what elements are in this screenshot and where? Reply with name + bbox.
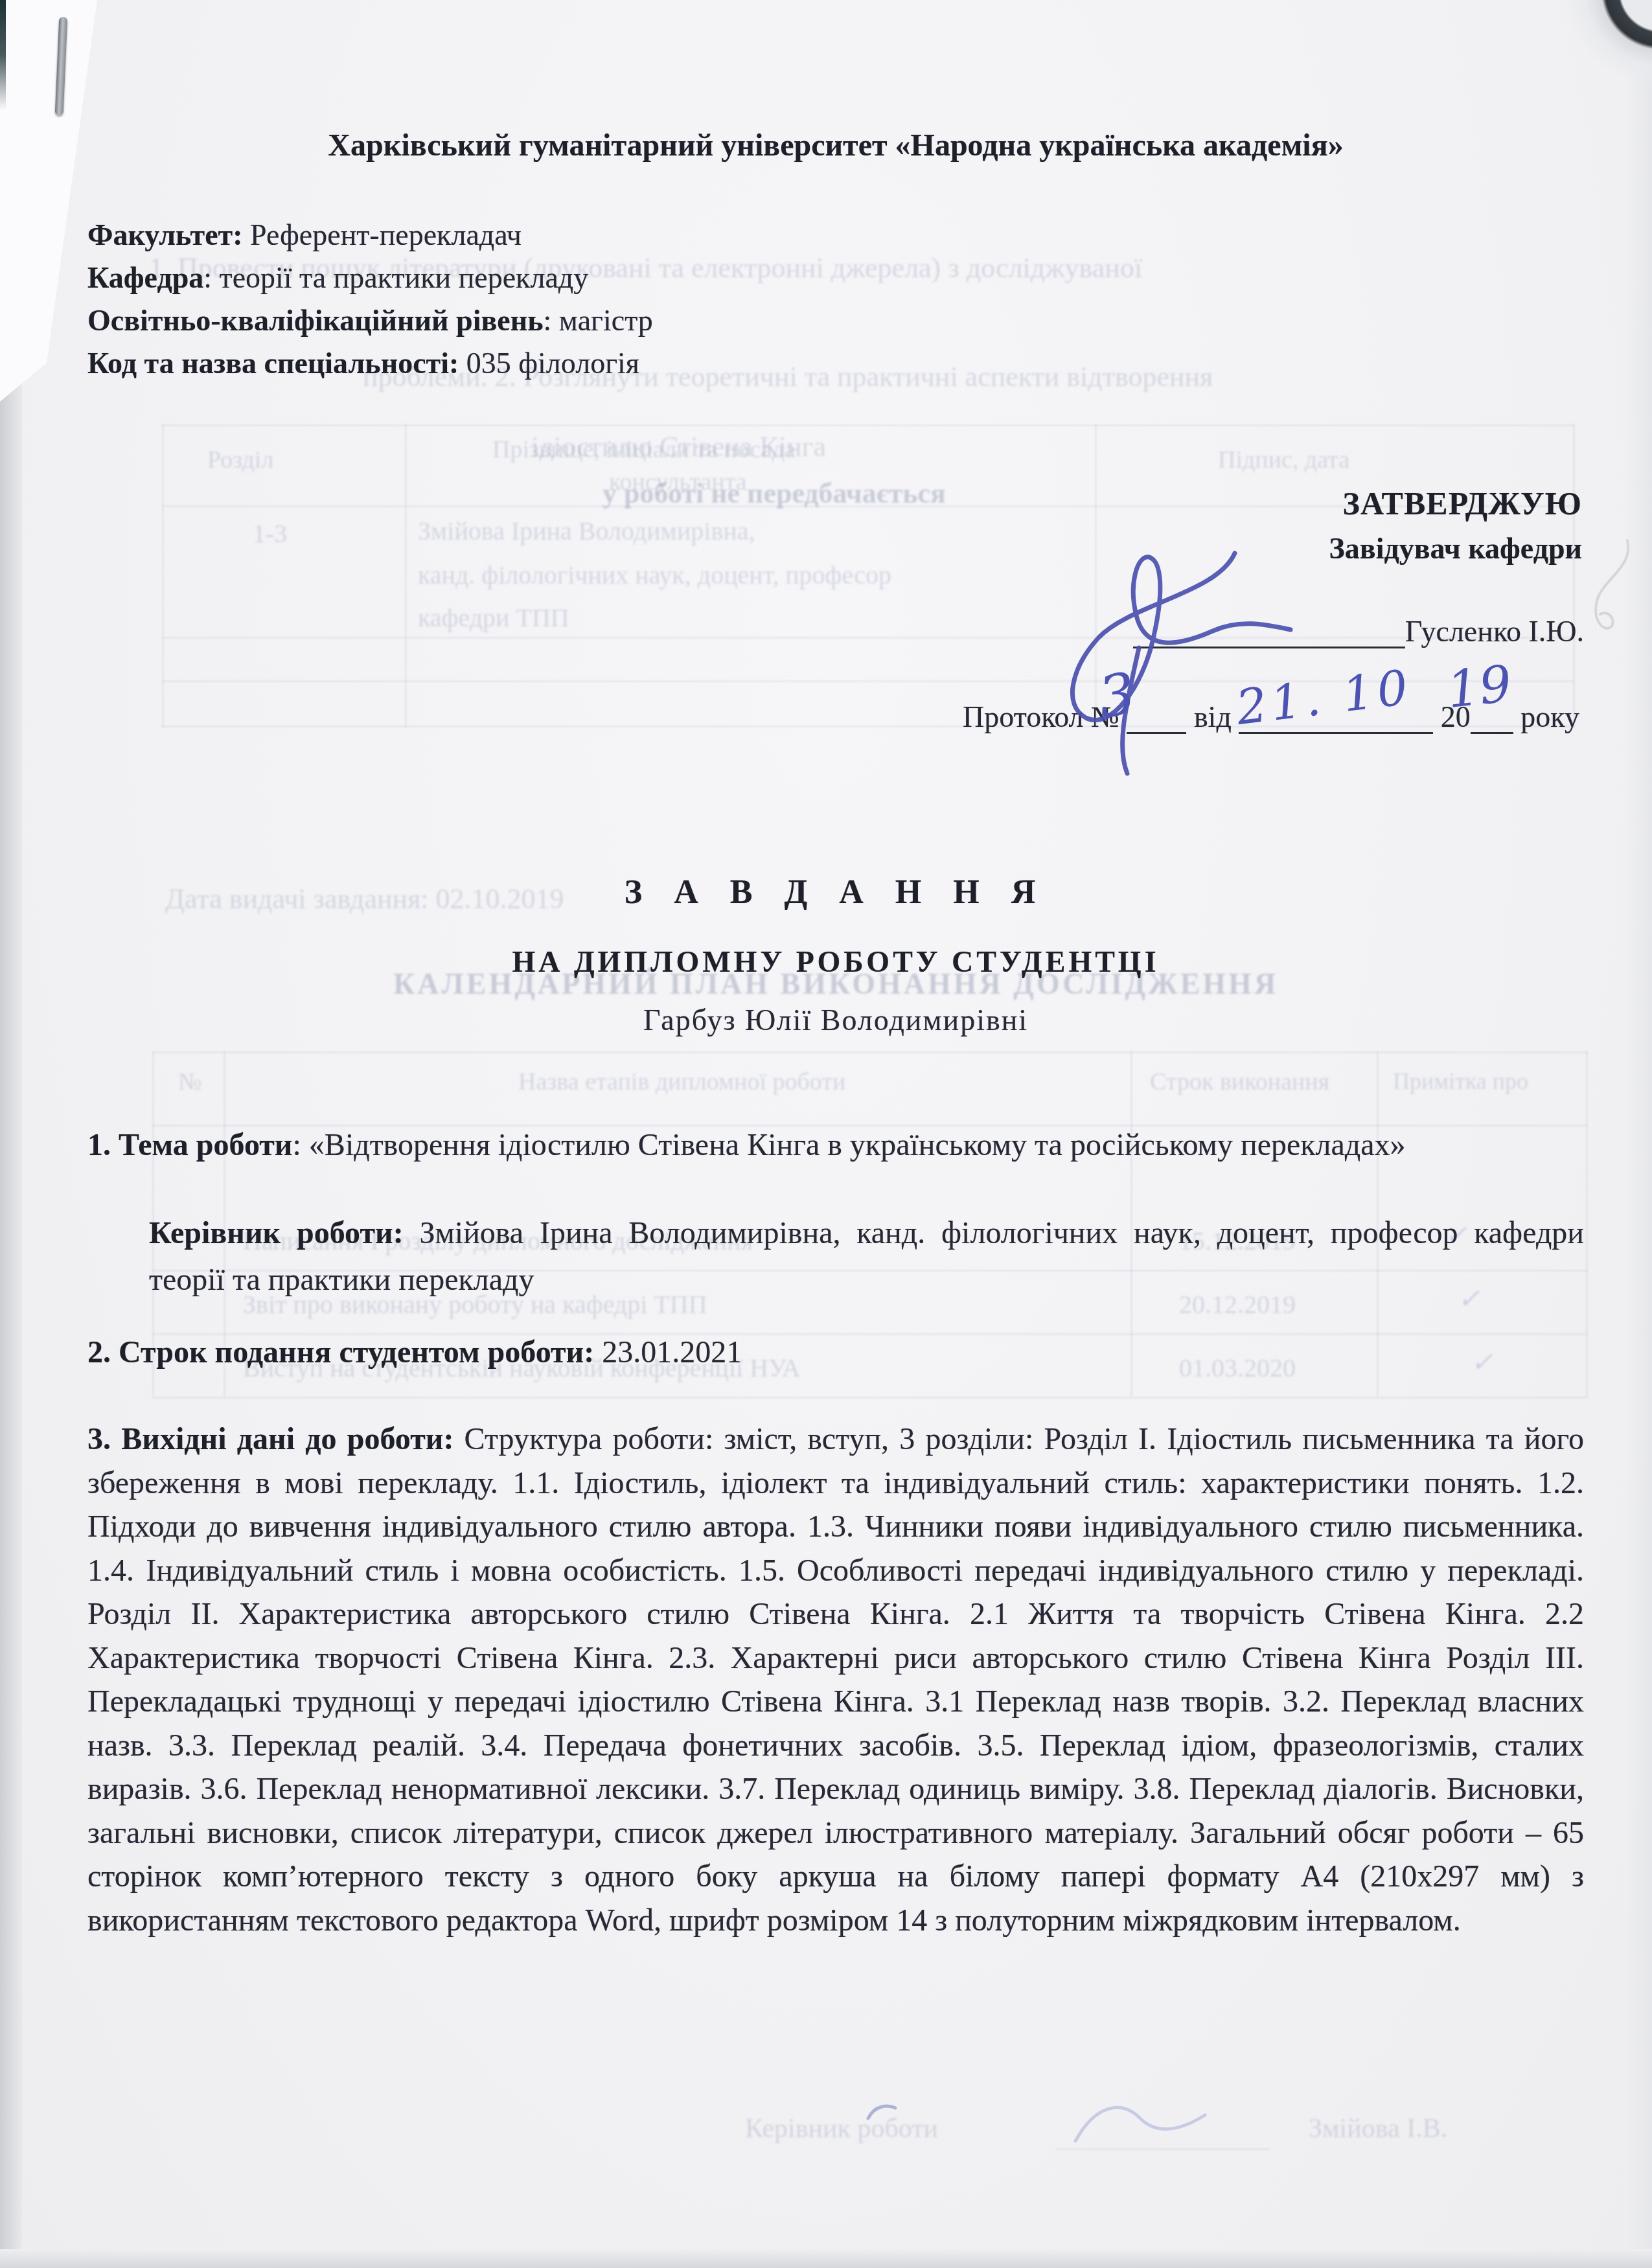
initial-data-paragraph: 3. Вихідні дані до роботи: Структура роб… [87, 1417, 1584, 1942]
theme-paragraph: 1. Тема роботи: «Відтворення ідіостилю С… [87, 1122, 1584, 1169]
university-title: Харківський гуманітарний університет «На… [87, 127, 1584, 165]
scan-dark-sliver [0, 0, 6, 110]
ghost-table-line [405, 424, 407, 727]
ghost-signature-mark [1050, 2079, 1283, 2164]
ghost-cell: кафедри ТПП [418, 602, 569, 633]
ghost-table-line [152, 1051, 1587, 1053]
ghost-cell: канд. філологічних наук, доцент, професо… [418, 560, 891, 590]
approver-position: Завідувач кафедри [1329, 531, 1582, 566]
ghost-cell: Строк виконання [1150, 1068, 1329, 1096]
student-name: Гарбуз Юлії Володимирівні [87, 1003, 1584, 1037]
deadline-label: 2. Строк подання студентом роботи: [87, 1335, 594, 1369]
ghost-cell: Назва етапів дипломної роботи [518, 1068, 845, 1096]
ghost-cell: Розділ [207, 446, 273, 474]
ghost-footer-right: Змійова І.В. [1309, 2113, 1447, 2144]
ghost-cell: консультанта [609, 468, 747, 496]
ghost-table-line [1586, 1051, 1588, 1397]
assignment-title: З А В Д А Н Н Я [87, 873, 1584, 911]
approve-word: ЗАТВЕРДЖУЮ [1343, 485, 1582, 522]
deadline-value: 23.01.2021 [594, 1335, 742, 1369]
ghost-cell: Примітка про [1393, 1068, 1528, 1095]
field-degree: Освітньо-кваліфікаційний рівень: магістр [87, 303, 1584, 346]
ink-speck [862, 2099, 901, 2125]
field-faculty: Факультет: Референт-перекладач [87, 218, 1584, 260]
assignment-subtitle: НА ДИПЛОМНУ РОБОТУ СТУДЕНТЦІ [87, 945, 1584, 979]
field-specialty: Код та назва спеціальності: 035 філологі… [87, 346, 1584, 389]
ghost-cell: Підпис, дата [1218, 446, 1349, 474]
ghost-table-line [152, 1397, 1587, 1399]
scan-corner-artifact [1542, 0, 1652, 123]
header-fields: Факультет: Референт-перекладач Кафедра: … [87, 218, 1584, 389]
ghost-table-line [162, 424, 164, 727]
handwritten-protocol-year: 19 [1445, 655, 1515, 720]
field-value: : теорії та практики перекладу [203, 261, 588, 294]
ghost-footer-left: Керівник роботи [745, 2113, 938, 2144]
supervisor-label: Керівник роботи: [149, 1216, 404, 1250]
field-value: Референт-перекладач [243, 218, 522, 251]
field-department: Кафедра: теорії та практики перекладу [87, 260, 1584, 303]
field-label: Факультет: [87, 218, 243, 251]
supervisor-paragraph: Керівник роботи: Змійова Ірина Володимир… [149, 1210, 1584, 1303]
initial-data-text: Структура роботи: зміст, вступ, 3 розділ… [87, 1422, 1584, 1938]
ghost-cell: № [178, 1068, 201, 1096]
ghost-cell: 1-3 [253, 518, 287, 549]
scanner-right-edge [1625, 0, 1652, 2268]
scanned-document-page: 1. Провести пошук літератури (друковані … [0, 0, 1652, 2268]
theme-label: 1. Тема роботи [87, 1128, 293, 1162]
head-signature-ink [1011, 531, 1315, 790]
field-value: 035 філологія [459, 347, 639, 380]
theme-text: : «Відтворення ідіостилю Стівена Кінга в… [293, 1128, 1406, 1162]
field-label: Освітньо-кваліфікаційний рівень [87, 304, 544, 337]
ghost-cell: Прізвище, ініціали та посада [492, 435, 796, 464]
initial-data-label: 3. Вихідні дані до роботи: [87, 1422, 453, 1456]
ghost-table-line [162, 424, 1574, 426]
deadline-line: 2. Строк подання студентом роботи: 23.01… [87, 1334, 1584, 1370]
field-label: Кафедра [87, 261, 203, 294]
ghost-cell: Змійова Ірина Володимирівна, [418, 516, 755, 546]
scanner-bottom-edge [0, 2249, 1652, 2268]
field-label: Код та назва спеціальності: [87, 347, 459, 380]
field-value: : магістр [544, 304, 653, 337]
